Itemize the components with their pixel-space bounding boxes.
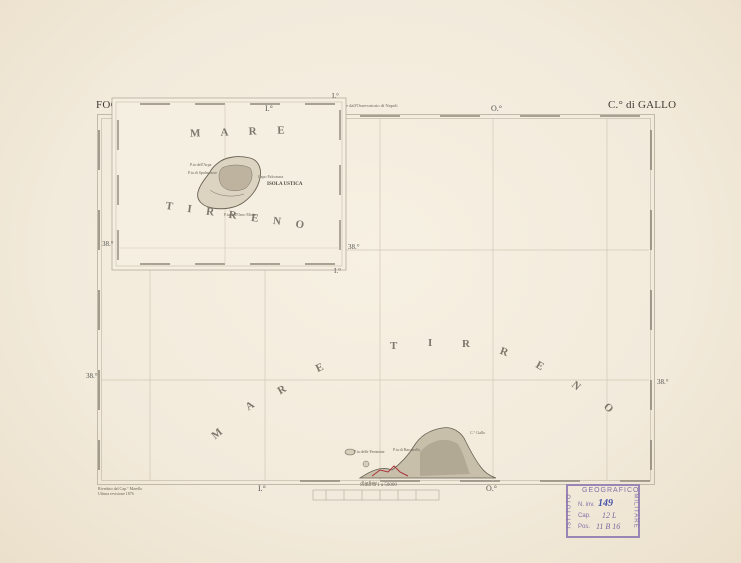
coast-label: P.ta delle Femmine [354,449,385,454]
stamp-pos-value: 11 B 16 [596,522,620,531]
sea-letter: R [462,338,470,350]
scale-bar [313,490,439,500]
place-label: Capo Falconara [258,174,283,179]
coast-label: C.° Gallo [470,430,485,435]
stamp-cap-label: Cap. [578,513,591,519]
sea-letter: I [428,337,432,349]
credit-line-2: Ultima revisione 1876 [98,491,134,496]
inset-top-tick: I.° [332,92,339,100]
top-tick-1: I.° [265,104,273,113]
stamp-pos-label: Pos. [578,524,590,530]
island-label: ISOLA USTICA [267,182,302,187]
bottom-tick-2: O.° [486,484,497,493]
stamp-inv-value: 149 [598,498,613,509]
right-latitude: 38.° [657,378,669,386]
place-label: P.ta di Spalmatore [188,170,217,175]
inset-right-latitude: 38.° [348,243,360,251]
sea-letter: T [390,340,397,352]
top-tick-2: O.° [491,104,502,113]
stamp-left-text: ISTITUTO [567,493,573,528]
inset-bottom-tick: I.° [334,267,341,275]
place-label: P.ta dell'Omo Morto [224,212,256,217]
stamp-cap-value: 12 L [602,511,616,520]
inset-left-latitude: 38.° [102,240,114,248]
place-label: P.ta dell'Arpa [190,162,211,167]
stamp-inv-label: N. inv. [578,502,595,508]
scale-title: Scala di 1 a 50000 [360,483,397,488]
archive-stamp: GEOGRAFICO ISTITUTO MILITARE N. inv. 149… [566,484,640,538]
left-latitude: 38.° [86,372,98,380]
stamp-right-text: MILITARE [633,493,639,528]
map-graticule [0,0,741,563]
coast-label: P.ta di Barcarello [393,447,420,452]
bottom-tick-1: I.° [258,484,266,493]
stamp-top-text: GEOGRAFICO [582,487,639,494]
